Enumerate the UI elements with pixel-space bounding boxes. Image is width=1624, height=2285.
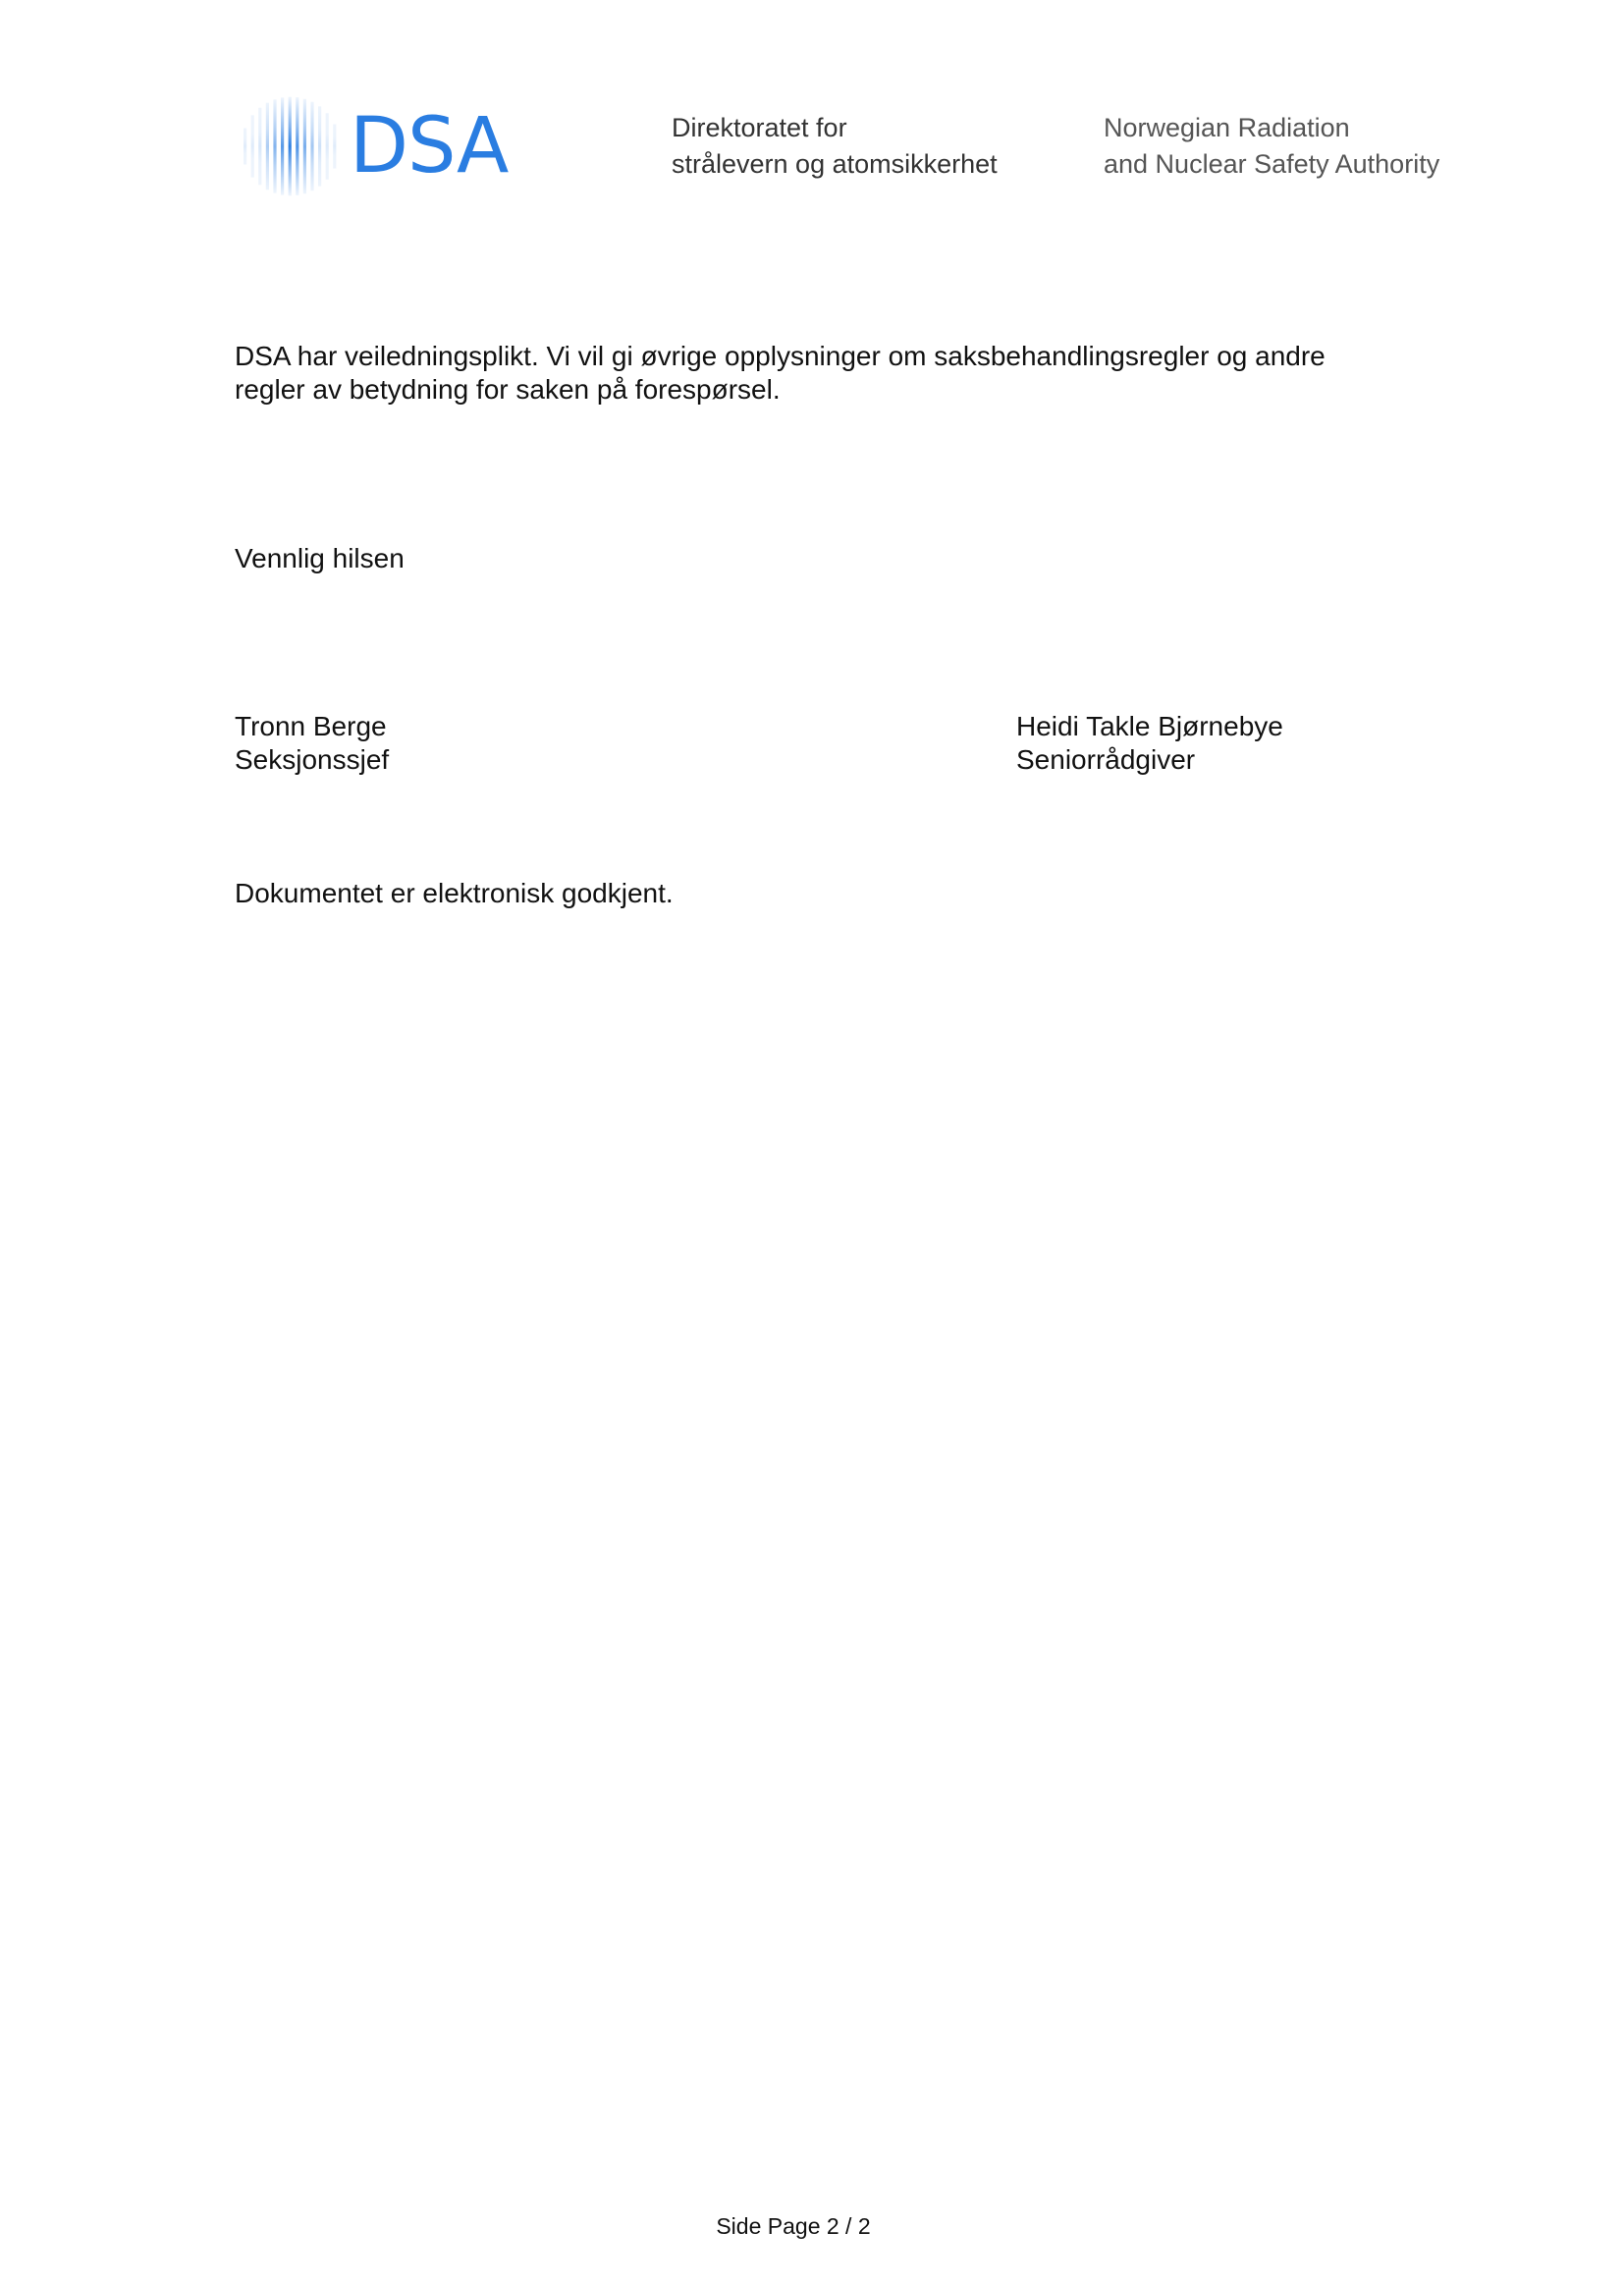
page-number: Side Page 2 / 2 bbox=[0, 2213, 1587, 2240]
agency-name-english-line-2: and Nuclear Safety Authority bbox=[1104, 146, 1439, 183]
agency-name-norwegian-line-2: strålevern og atomsikkerhet bbox=[672, 146, 998, 183]
greeting: Vennlig hilsen bbox=[235, 542, 405, 575]
signatory-name: Tronn Berge bbox=[235, 710, 389, 743]
signatory-2: Heidi Takle Bjørnebye Seniorrådgiver bbox=[1016, 710, 1283, 777]
dsa-logo: DSA bbox=[240, 94, 505, 198]
logo-text: DSA bbox=[350, 98, 508, 194]
electronic-approval-note: Dokumentet er elektronisk godkjent. bbox=[235, 877, 674, 910]
guidance-paragraph: DSA har veiledningsplikt. Vi vil gi øvri… bbox=[235, 340, 1472, 407]
signatory-1: Tronn Berge Seksjonssjef bbox=[235, 710, 389, 777]
signatory-name: Heidi Takle Bjørnebye bbox=[1016, 710, 1283, 743]
paragraph-line-1: DSA har veiledningsplikt. Vi vil gi øvri… bbox=[235, 340, 1472, 373]
agency-name-norwegian-line-1: Direktoratet for bbox=[672, 110, 998, 146]
agency-name-english: Norwegian Radiation and Nuclear Safety A… bbox=[1104, 110, 1439, 183]
agency-name-norwegian: Direktoratet for strålevern og atomsikke… bbox=[672, 110, 998, 183]
agency-name-english-line-1: Norwegian Radiation bbox=[1104, 110, 1439, 146]
signatory-title: Seniorrådgiver bbox=[1016, 743, 1283, 777]
radiation-wave-icon bbox=[240, 94, 342, 198]
paragraph-line-2: regler av betydning for saken på forespø… bbox=[235, 373, 1472, 407]
signatory-title: Seksjonssjef bbox=[235, 743, 389, 777]
